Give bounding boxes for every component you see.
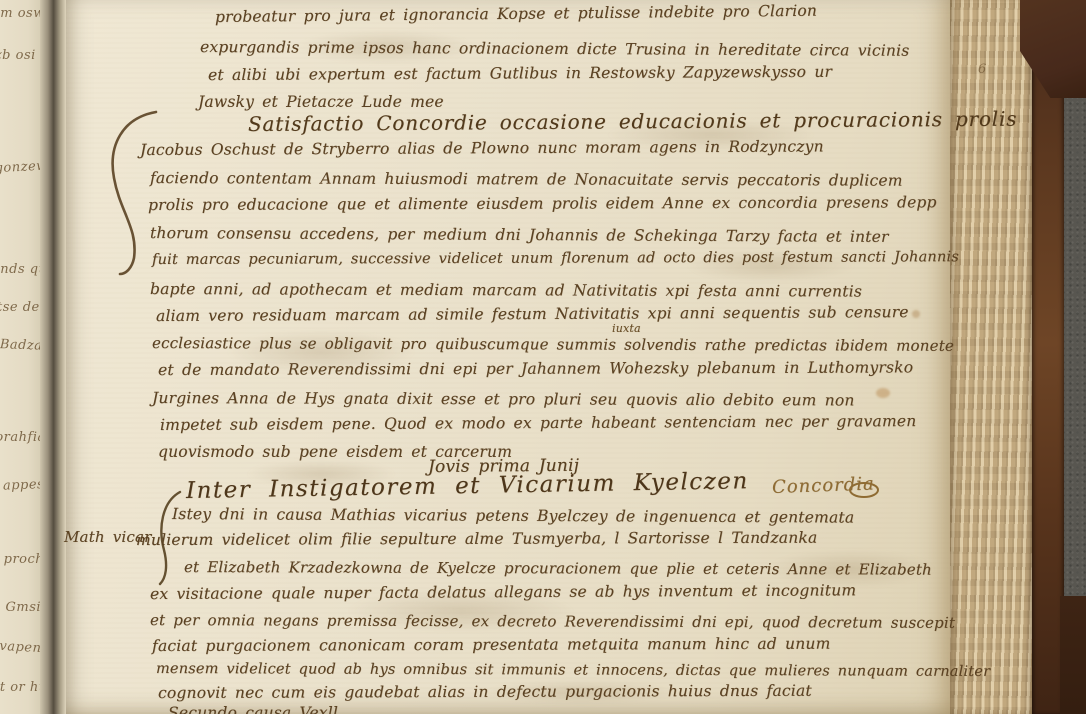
text-line: expurgandis prime ipsos hanc ordinacione… — [200, 38, 909, 60]
text-line: thorum consensu accedens, per medium dni… — [150, 224, 889, 246]
text-line: et Elizabeth Krzadezkowna de Kyelcze pro… — [184, 558, 932, 579]
text-line: et per omnia negans premissa fecisse, ex… — [150, 611, 955, 632]
facing-page-edge: am oswd gzb osi igonzew winds que betse … — [0, 0, 40, 714]
interlinear-note: iuxta — [612, 322, 641, 335]
text-line: faciat purgacionem canonicam coram prese… — [152, 635, 831, 655]
binding-gutter-shadow — [40, 0, 66, 714]
cover-corner-bottom — [1060, 596, 1086, 714]
text-line: mulierum videlicet olim filie sepulture … — [136, 529, 817, 549]
text-line: ex visitacione quale nuper facta delatus… — [150, 581, 856, 603]
text-line: fuit marcas pecuniarum, successive videl… — [152, 249, 959, 268]
text-line: cognovit nec cum eis gaudebat alias in d… — [158, 682, 812, 702]
text-line: ecclesiastice plus se obligavit pro quib… — [152, 334, 954, 355]
text-line-cut-off: Secundo causa Vexll — [168, 704, 338, 714]
text-line: et de mandato Reverendissimi dni epi per… — [158, 358, 913, 379]
text-line: Istey dni in causa Mathias vicarius pete… — [172, 505, 854, 527]
text-line: mensem videlicet quod ab hys omnibus sit… — [156, 661, 990, 680]
text-line: bapte anni, ad apothecam et mediam marca… — [150, 280, 862, 300]
facing-text-fragment: t orahfia — [0, 430, 46, 445]
text-line: et alibi ubi expertum est factum Gutlibu… — [208, 63, 832, 84]
manuscript-photo: am oswd gzb osi igonzew winds que betse … — [0, 0, 1086, 714]
annotation-loop — [848, 480, 882, 500]
foxing-stain — [876, 388, 890, 398]
text-line: Jurgines Anna de Hys gnata dixit esse et… — [152, 389, 855, 409]
text-line: faciendo contentam Annam huiusmodi matre… — [150, 169, 903, 190]
text-line: Jacobus Oschust de Stryberro alias de Pl… — [140, 137, 824, 159]
facing-text-fragment: gzb osi — [0, 48, 36, 63]
foxing-stain — [912, 310, 920, 318]
text-line: Jawsky et Pietacze Lude mee — [198, 93, 444, 111]
fore-edge-mark: 6 — [978, 62, 986, 77]
text-line: prolis pro educacione que et alimente ei… — [148, 193, 937, 214]
